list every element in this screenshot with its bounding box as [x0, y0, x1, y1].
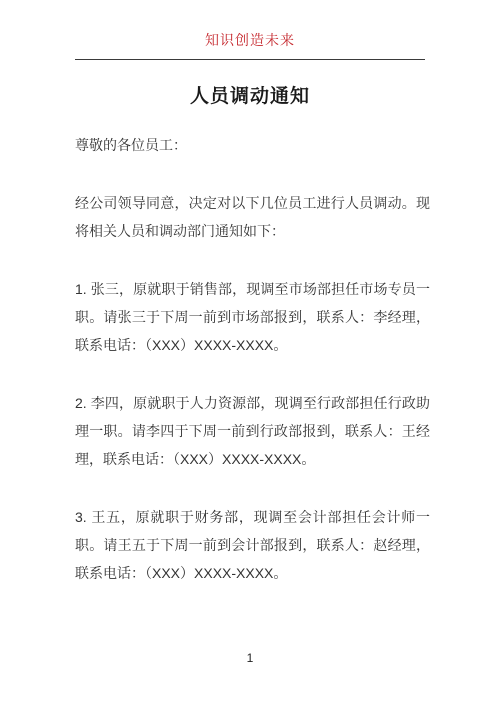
document-page: 知识创造未来 人员调动通知 尊敬的各位员工： 经公司领导同意，决定对以下几位员工… [0, 0, 500, 707]
document-title: 人员调动通知 [0, 82, 500, 112]
transfer-item-3: 3. 王五，原就职于财务部，现调至会计部担任会计师一职。请王五于下周一前到会计部… [75, 503, 430, 587]
salutation-line: 尊敬的各位员工： [75, 131, 430, 159]
header-slogan: 知识创造未来 [0, 29, 500, 51]
header-rule [75, 59, 425, 60]
document-body: 尊敬的各位员工： 经公司领导同意，决定对以下几位员工进行人员调动。现将相关人员和… [75, 131, 430, 587]
transfer-item-2: 2. 李四，原就职于人力资源部，现调至行政部担任行政助理一职。请李四于下周一前到… [75, 389, 430, 473]
intro-paragraph: 经公司领导同意，决定对以下几位员工进行人员调动。现将相关人员和调动部门通知如下： [75, 189, 430, 245]
page-number: 1 [0, 651, 500, 665]
transfer-item-1: 1. 张三，原就职于销售部，现调至市场部担任市场专员一职。请张三于下周一前到市场… [75, 275, 430, 359]
